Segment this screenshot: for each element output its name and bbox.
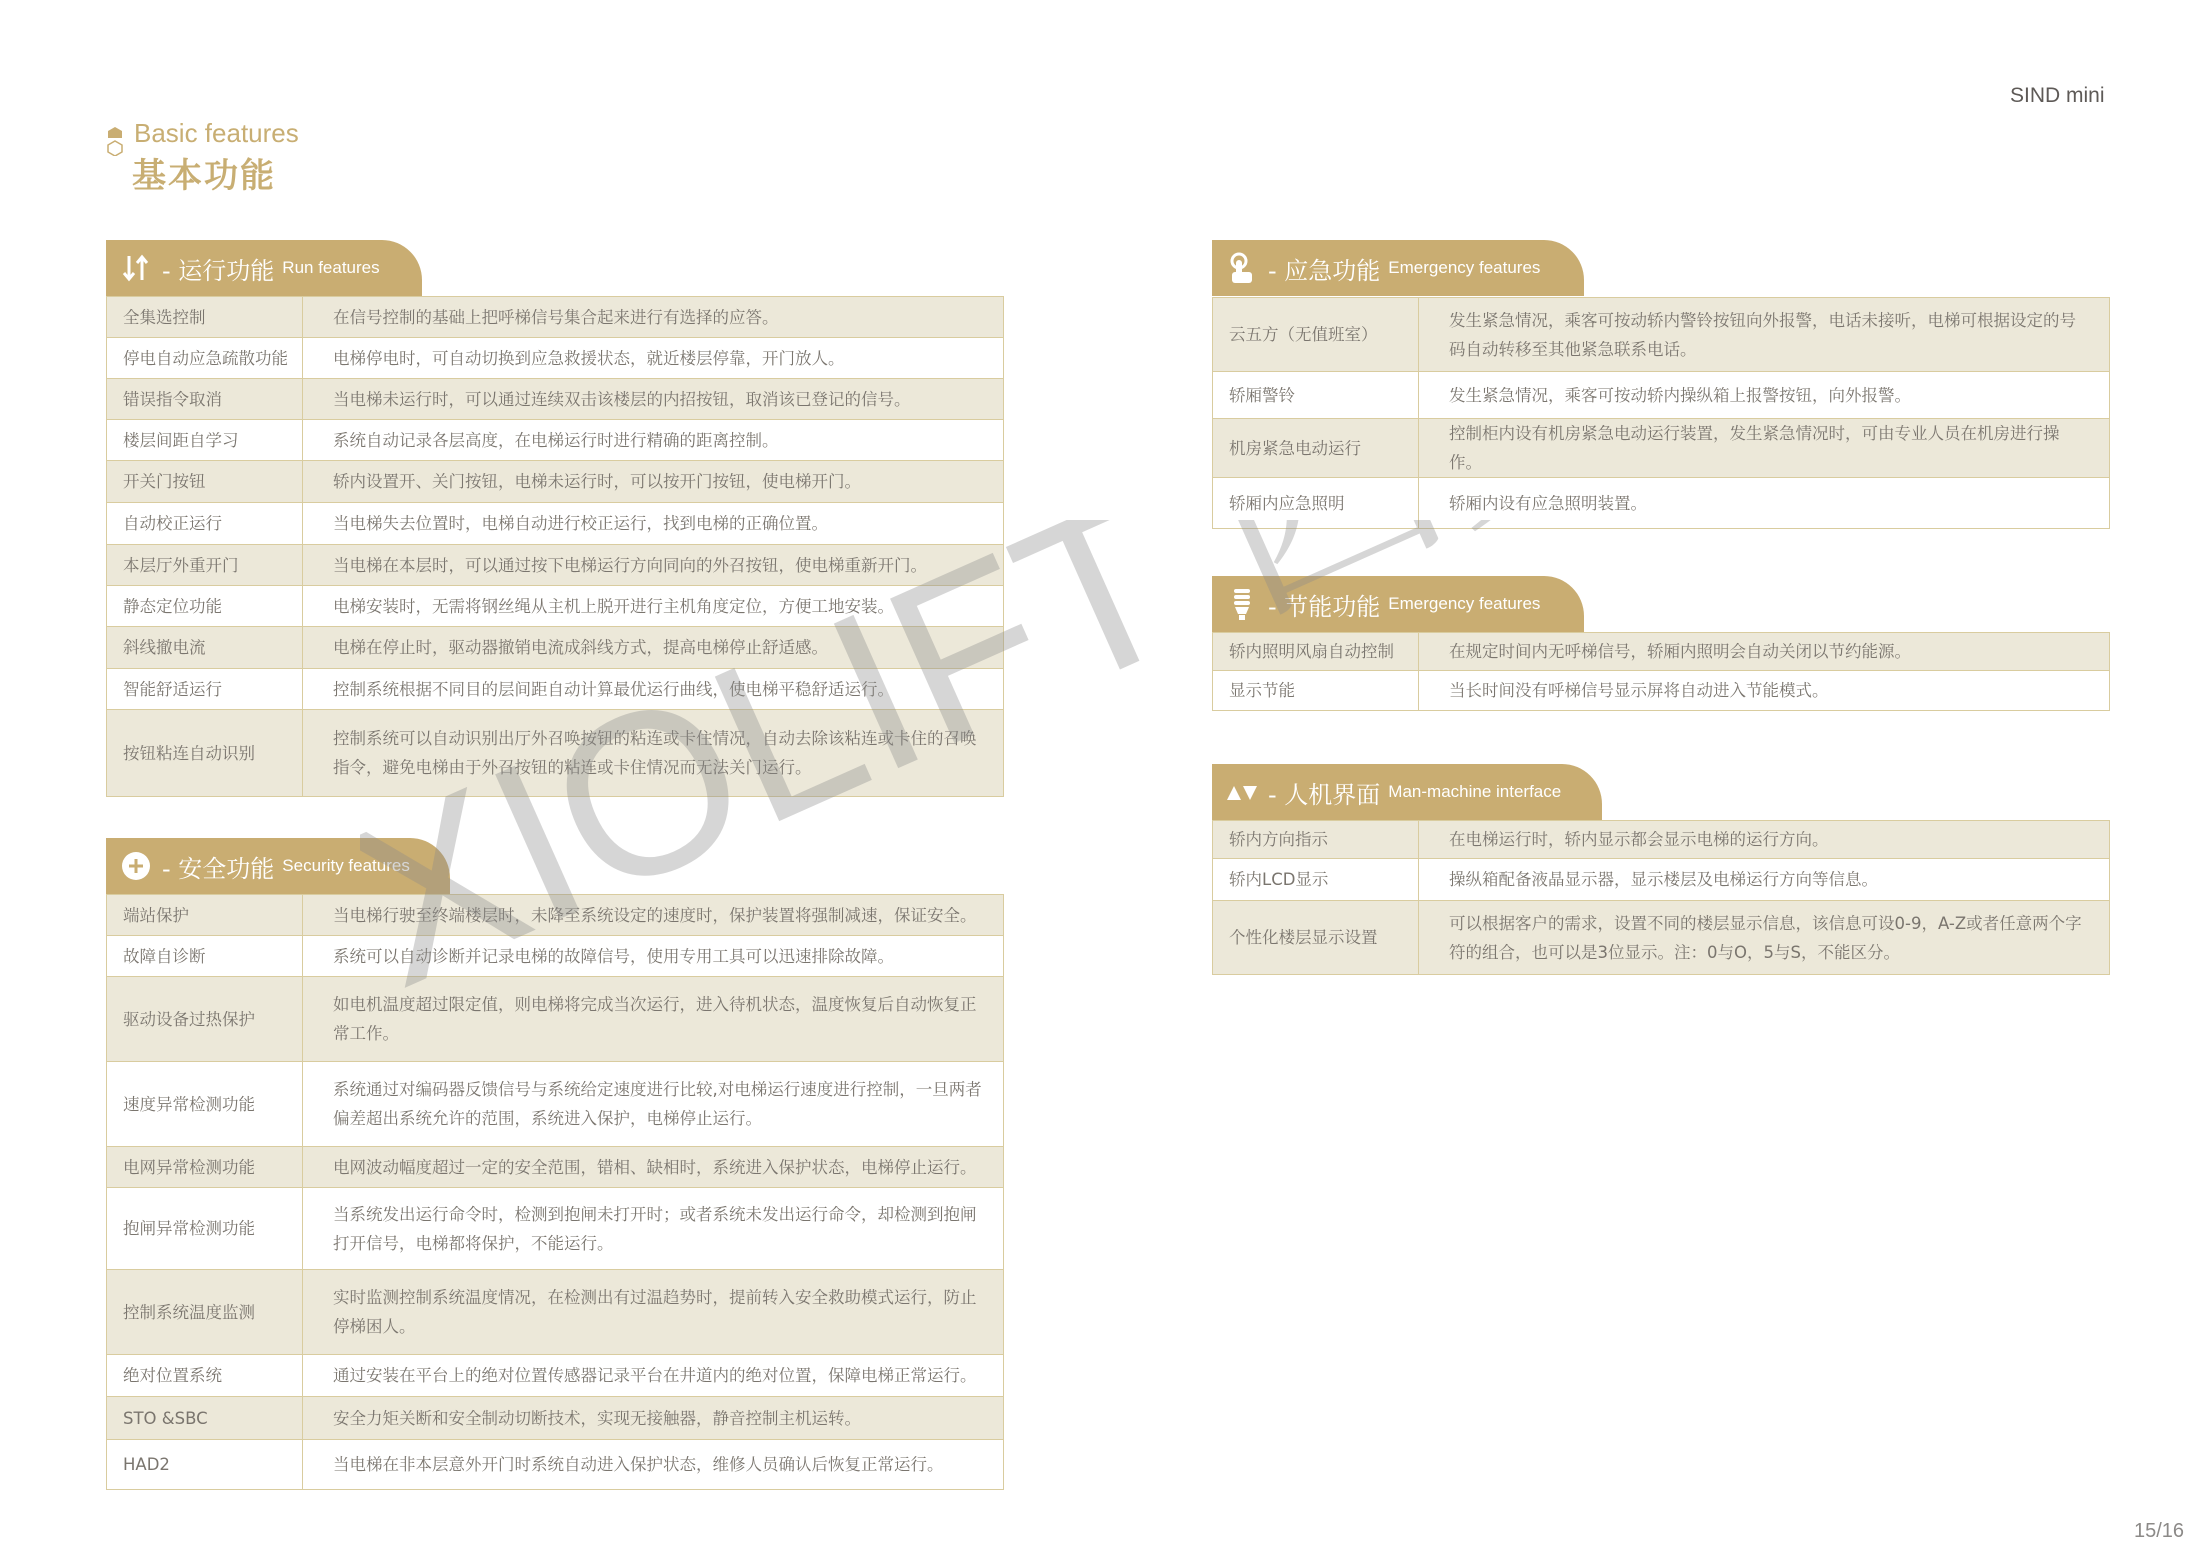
feature-description: 通过安装在平台上的绝对位置传感器记录平台在井道内的绝对位置，保障电梯正常运行。 (303, 1355, 1004, 1397)
feature-name: 故障自诊断 (107, 936, 303, 977)
table-row: 端站保护当电梯行驶至终端楼层时，未降至系统设定的速度时，保护装置将强制减速，保证… (107, 895, 1004, 936)
feature-description: 轿厢内设有应急照明装置。 (1419, 478, 2110, 529)
table-row: 驱动设备过热保护如电机温度超过限定值，则电梯将完成当次运行，进入待机状态，温度恢… (107, 977, 1004, 1062)
feature-name: 开关门按钮 (107, 461, 303, 503)
direction-triangles-icon (1226, 776, 1258, 808)
table-row: 开关门按钮轿内设置开、关门按钮，电梯未运行时，可以按开门按钮，使电梯开门。 (107, 461, 1004, 503)
feature-description: 如电机温度超过限定值，则电梯将完成当次运行，进入待机状态，温度恢复后自动恢复正常… (303, 977, 1004, 1062)
light-bulb-icon (1226, 588, 1258, 620)
feature-name: 停电自动应急疏散功能 (107, 338, 303, 379)
security-features-table: 端站保护当电梯行驶至终端楼层时，未降至系统设定的速度时，保护装置将强制减速，保证… (106, 894, 1004, 1490)
run-features-table: 全集选控制在信号控制的基础上把呼梯信号集合起来进行有选择的应答。停电自动应急疏散… (106, 296, 1004, 797)
feature-name: 轿内LCD显示 (1213, 859, 1419, 901)
feature-description: 控制柜内设有机房紧急电动运行装置，发生紧急情况时，可由专业人员在机房进行操作。 (1419, 419, 2110, 478)
feature-name: 轿内方向指示 (1213, 821, 1419, 859)
feature-description: 系统可以自动诊断并记录电梯的故障信号，使用专用工具可以迅速排除故障。 (303, 936, 1004, 977)
table-row: 按钮粘连自动识别控制系统可以自动识别出厅外召唤按钮的粘连或卡住情况，自动去除该粘… (107, 710, 1004, 797)
table-row: 抱闸异常检测功能当系统发出运行命令时，检测到抱闸未打开时；或者系统未发出运行命令… (107, 1188, 1004, 1270)
feature-name: 轿厢内应急照明 (1213, 478, 1419, 529)
section-header: - 安全功能 Security features (106, 838, 450, 894)
table-row: 楼层间距自学习系统自动记录各层高度，在电梯运行时进行精确的距离控制。 (107, 420, 1004, 461)
section-header: - 人机界面 Man-machine interface (1212, 764, 1602, 820)
table-row: 绝对位置系统通过安装在平台上的绝对位置传感器记录平台在井道内的绝对位置，保障电梯… (107, 1355, 1004, 1397)
feature-name: 机房紧急电动运行 (1213, 419, 1419, 478)
table-row: 故障自诊断系统可以自动诊断并记录电梯的故障信号，使用专用工具可以迅速排除故障。 (107, 936, 1004, 977)
feature-name: 抱闸异常检测功能 (107, 1188, 303, 1270)
feature-description: 电梯停电时，可自动切换到应急救援状态，就近楼层停靠，开门放人。 (303, 338, 1004, 379)
table-row: 轿内照明风扇自动控制在规定时间内无呼梯信号，轿厢内照明会自动关闭以节约能源。 (1213, 633, 2110, 671)
feature-name: 电网异常检测功能 (107, 1147, 303, 1188)
table-row: 轿厢内应急照明轿厢内设有应急照明装置。 (1213, 478, 2110, 529)
feature-description: 轿内设置开、关门按钮，电梯未运行时，可以按开门按钮，使电梯开门。 (303, 461, 1004, 503)
table-row: 云五方（无值班室）发生紧急情况，乘客可按动轿内警铃按钮向外报警，电话未接听，电梯… (1213, 298, 2110, 372)
feature-name: 速度异常检测功能 (107, 1062, 303, 1147)
table-row: 速度异常检测功能系统通过对编码器反馈信号与系统给定速度进行比较,对电梯运行速度进… (107, 1062, 1004, 1147)
page-title-zh: 基本功能 (132, 148, 276, 197)
brand-label: SIND mini (2010, 84, 2105, 108)
feature-name: 楼层间距自学习 (107, 420, 303, 461)
feature-description: 当电梯失去位置时，电梯自动进行校正运行，找到电梯的正确位置。 (303, 503, 1004, 545)
section-header: - 节能功能 Emergency features (1212, 576, 1584, 632)
table-row: 自动校正运行当电梯失去位置时，电梯自动进行校正运行，找到电梯的正确位置。 (107, 503, 1004, 545)
hand-pointer-icon (1226, 252, 1258, 284)
up-down-arrows-icon (120, 252, 152, 284)
table-row: 控制系统温度监测实时监测控制系统温度情况，在检测出有过温趋势时，提前转入安全救助… (107, 1270, 1004, 1355)
feature-name: 端站保护 (107, 895, 303, 936)
table-row: 智能舒适运行控制系统根据不同目的层间距自动计算最优运行曲线，使电梯平稳舒适运行。 (107, 669, 1004, 710)
feature-description: 发生紧急情况，乘客可按动轿内警铃按钮向外报警，电话未接听，电梯可根据设定的号码自… (1419, 298, 2110, 372)
feature-name: 全集选控制 (107, 297, 303, 338)
table-row: 斜线撤电流电梯在停止时，驱动器撤销电流成斜线方式，提高电梯停止舒适感。 (107, 627, 1004, 669)
feature-name: 绝对位置系统 (107, 1355, 303, 1397)
feature-description: 当电梯行驶至终端楼层时，未降至系统设定的速度时，保护装置将强制减速，保证安全。 (303, 895, 1004, 936)
table-row: 停电自动应急疏散功能电梯停电时，可自动切换到应急救援状态，就近楼层停靠，开门放人… (107, 338, 1004, 379)
feature-description: 可以根据客户的需求，设置不同的楼层显示信息，该信息可设0-9，A-Z或者任意两个… (1419, 901, 2110, 975)
logo-icon (106, 126, 124, 156)
feature-name: 按钮粘连自动识别 (107, 710, 303, 797)
feature-description: 电梯在停止时，驱动器撤销电流成斜线方式，提高电梯停止舒适感。 (303, 627, 1004, 669)
feature-description: 在信号控制的基础上把呼梯信号集合起来进行有选择的应答。 (303, 297, 1004, 338)
table-row: 静态定位功能电梯安装时，无需将钢丝绳从主机上脱开进行主机角度定位，方便工地安装。 (107, 586, 1004, 627)
feature-description: 控制系统可以自动识别出厅外召唤按钮的粘连或卡住情况，自动去除该粘连或卡住的召唤指… (303, 710, 1004, 797)
feature-description: 当电梯在本层时，可以通过按下电梯运行方向同向的外召按钮，使电梯重新开门。 (303, 545, 1004, 586)
page-number: 15/16 (2134, 1520, 2184, 1543)
table-row: 全集选控制在信号控制的基础上把呼梯信号集合起来进行有选择的应答。 (107, 297, 1004, 338)
feature-name: 自动校正运行 (107, 503, 303, 545)
section-header: - 应急功能 Emergency features (1212, 240, 1584, 296)
table-row: 机房紧急电动运行控制柜内设有机房紧急电动运行装置，发生紧急情况时，可由专业人员在… (1213, 419, 2110, 478)
feature-name: STO &SBC (107, 1397, 303, 1440)
hmi-table: 轿内方向指示在电梯运行时，轿内显示都会显示电梯的运行方向。轿内LCD显示操纵箱配… (1212, 820, 2110, 975)
feature-name: 错误指令取消 (107, 379, 303, 420)
feature-name: 云五方（无值班室） (1213, 298, 1419, 372)
feature-description: 电网波动幅度超过一定的安全范围，错相、缺相时，系统进入保护状态，电梯停止运行。 (303, 1147, 1004, 1188)
feature-name: 显示节能 (1213, 671, 1419, 711)
feature-description: 在规定时间内无呼梯信号，轿厢内照明会自动关闭以节约能源。 (1419, 633, 2110, 671)
feature-description: 电梯安装时，无需将钢丝绳从主机上脱开进行主机角度定位，方便工地安装。 (303, 586, 1004, 627)
feature-name: HAD2 (107, 1440, 303, 1490)
energy-features-table: 轿内照明风扇自动控制在规定时间内无呼梯信号，轿厢内照明会自动关闭以节约能源。显示… (1212, 632, 2110, 711)
emergency-features-table: 云五方（无值班室）发生紧急情况，乘客可按动轿内警铃按钮向外报警，电话未接听，电梯… (1212, 297, 2110, 529)
feature-name: 个性化楼层显示设置 (1213, 901, 1419, 975)
feature-description: 当长时间没有呼梯信号显示屏将自动进入节能模式。 (1419, 671, 2110, 711)
feature-description: 在电梯运行时，轿内显示都会显示电梯的运行方向。 (1419, 821, 2110, 859)
table-row: 轿内LCD显示操纵箱配备液晶显示器，显示楼层及电梯运行方向等信息。 (1213, 859, 2110, 901)
feature-description: 当电梯未运行时，可以通过连续双击该楼层的内招按钮，取消该已登记的信号。 (303, 379, 1004, 420)
table-row: STO &SBC安全力矩关断和安全制动切断技术，实现无接触器，静音控制主机运转。 (107, 1397, 1004, 1440)
feature-name: 轿内照明风扇自动控制 (1213, 633, 1419, 671)
feature-description: 操纵箱配备液晶显示器，显示楼层及电梯运行方向等信息。 (1419, 859, 2110, 901)
table-row: 个性化楼层显示设置可以根据客户的需求，设置不同的楼层显示信息，该信息可设0-9，… (1213, 901, 2110, 975)
feature-description: 系统通过对编码器反馈信号与系统给定速度进行比较,对电梯运行速度进行控制，一旦两者… (303, 1062, 1004, 1147)
feature-description: 安全力矩关断和安全制动切断技术，实现无接触器，静音控制主机运转。 (303, 1397, 1004, 1440)
feature-name: 本层厅外重开门 (107, 545, 303, 586)
feature-name: 智能舒适运行 (107, 669, 303, 710)
table-row: 轿内方向指示在电梯运行时，轿内显示都会显示电梯的运行方向。 (1213, 821, 2110, 859)
table-row: 显示节能当长时间没有呼梯信号显示屏将自动进入节能模式。 (1213, 671, 2110, 711)
page-title-en: Basic features (134, 118, 299, 149)
table-row: 本层厅外重开门当电梯在本层时，可以通过按下电梯运行方向同向的外召按钮，使电梯重新… (107, 545, 1004, 586)
feature-name: 静态定位功能 (107, 586, 303, 627)
feature-description: 系统自动记录各层高度，在电梯运行时进行精确的距离控制。 (303, 420, 1004, 461)
feature-description: 实时监测控制系统温度情况，在检测出有过温趋势时，提前转入安全救助模式运行，防止停… (303, 1270, 1004, 1355)
table-row: 电网异常检测功能电网波动幅度超过一定的安全范围，错相、缺相时，系统进入保护状态，… (107, 1147, 1004, 1188)
plus-circle-icon (120, 850, 152, 882)
feature-description: 当电梯在非本层意外开门时系统自动进入保护状态，维修人员确认后恢复正常运行。 (303, 1440, 1004, 1490)
table-row: 错误指令取消当电梯未运行时，可以通过连续双击该楼层的内招按钮，取消该已登记的信号… (107, 379, 1004, 420)
table-row: HAD2当电梯在非本层意外开门时系统自动进入保护状态，维修人员确认后恢复正常运行… (107, 1440, 1004, 1490)
feature-name: 斜线撤电流 (107, 627, 303, 669)
feature-description: 发生紧急情况，乘客可按动轿内操纵箱上报警按钮，向外报警。 (1419, 372, 2110, 419)
table-row: 轿厢警铃发生紧急情况，乘客可按动轿内操纵箱上报警按钮，向外报警。 (1213, 372, 2110, 419)
feature-description: 控制系统根据不同目的层间距自动计算最优运行曲线，使电梯平稳舒适运行。 (303, 669, 1004, 710)
feature-description: 当系统发出运行命令时，检测到抱闸未打开时；或者系统未发出运行命令，却检测到抱闸打… (303, 1188, 1004, 1270)
feature-name: 控制系统温度监测 (107, 1270, 303, 1355)
feature-name: 轿厢警铃 (1213, 372, 1419, 419)
section-header: - 运行功能 Run features (106, 240, 422, 296)
feature-name: 驱动设备过热保护 (107, 977, 303, 1062)
